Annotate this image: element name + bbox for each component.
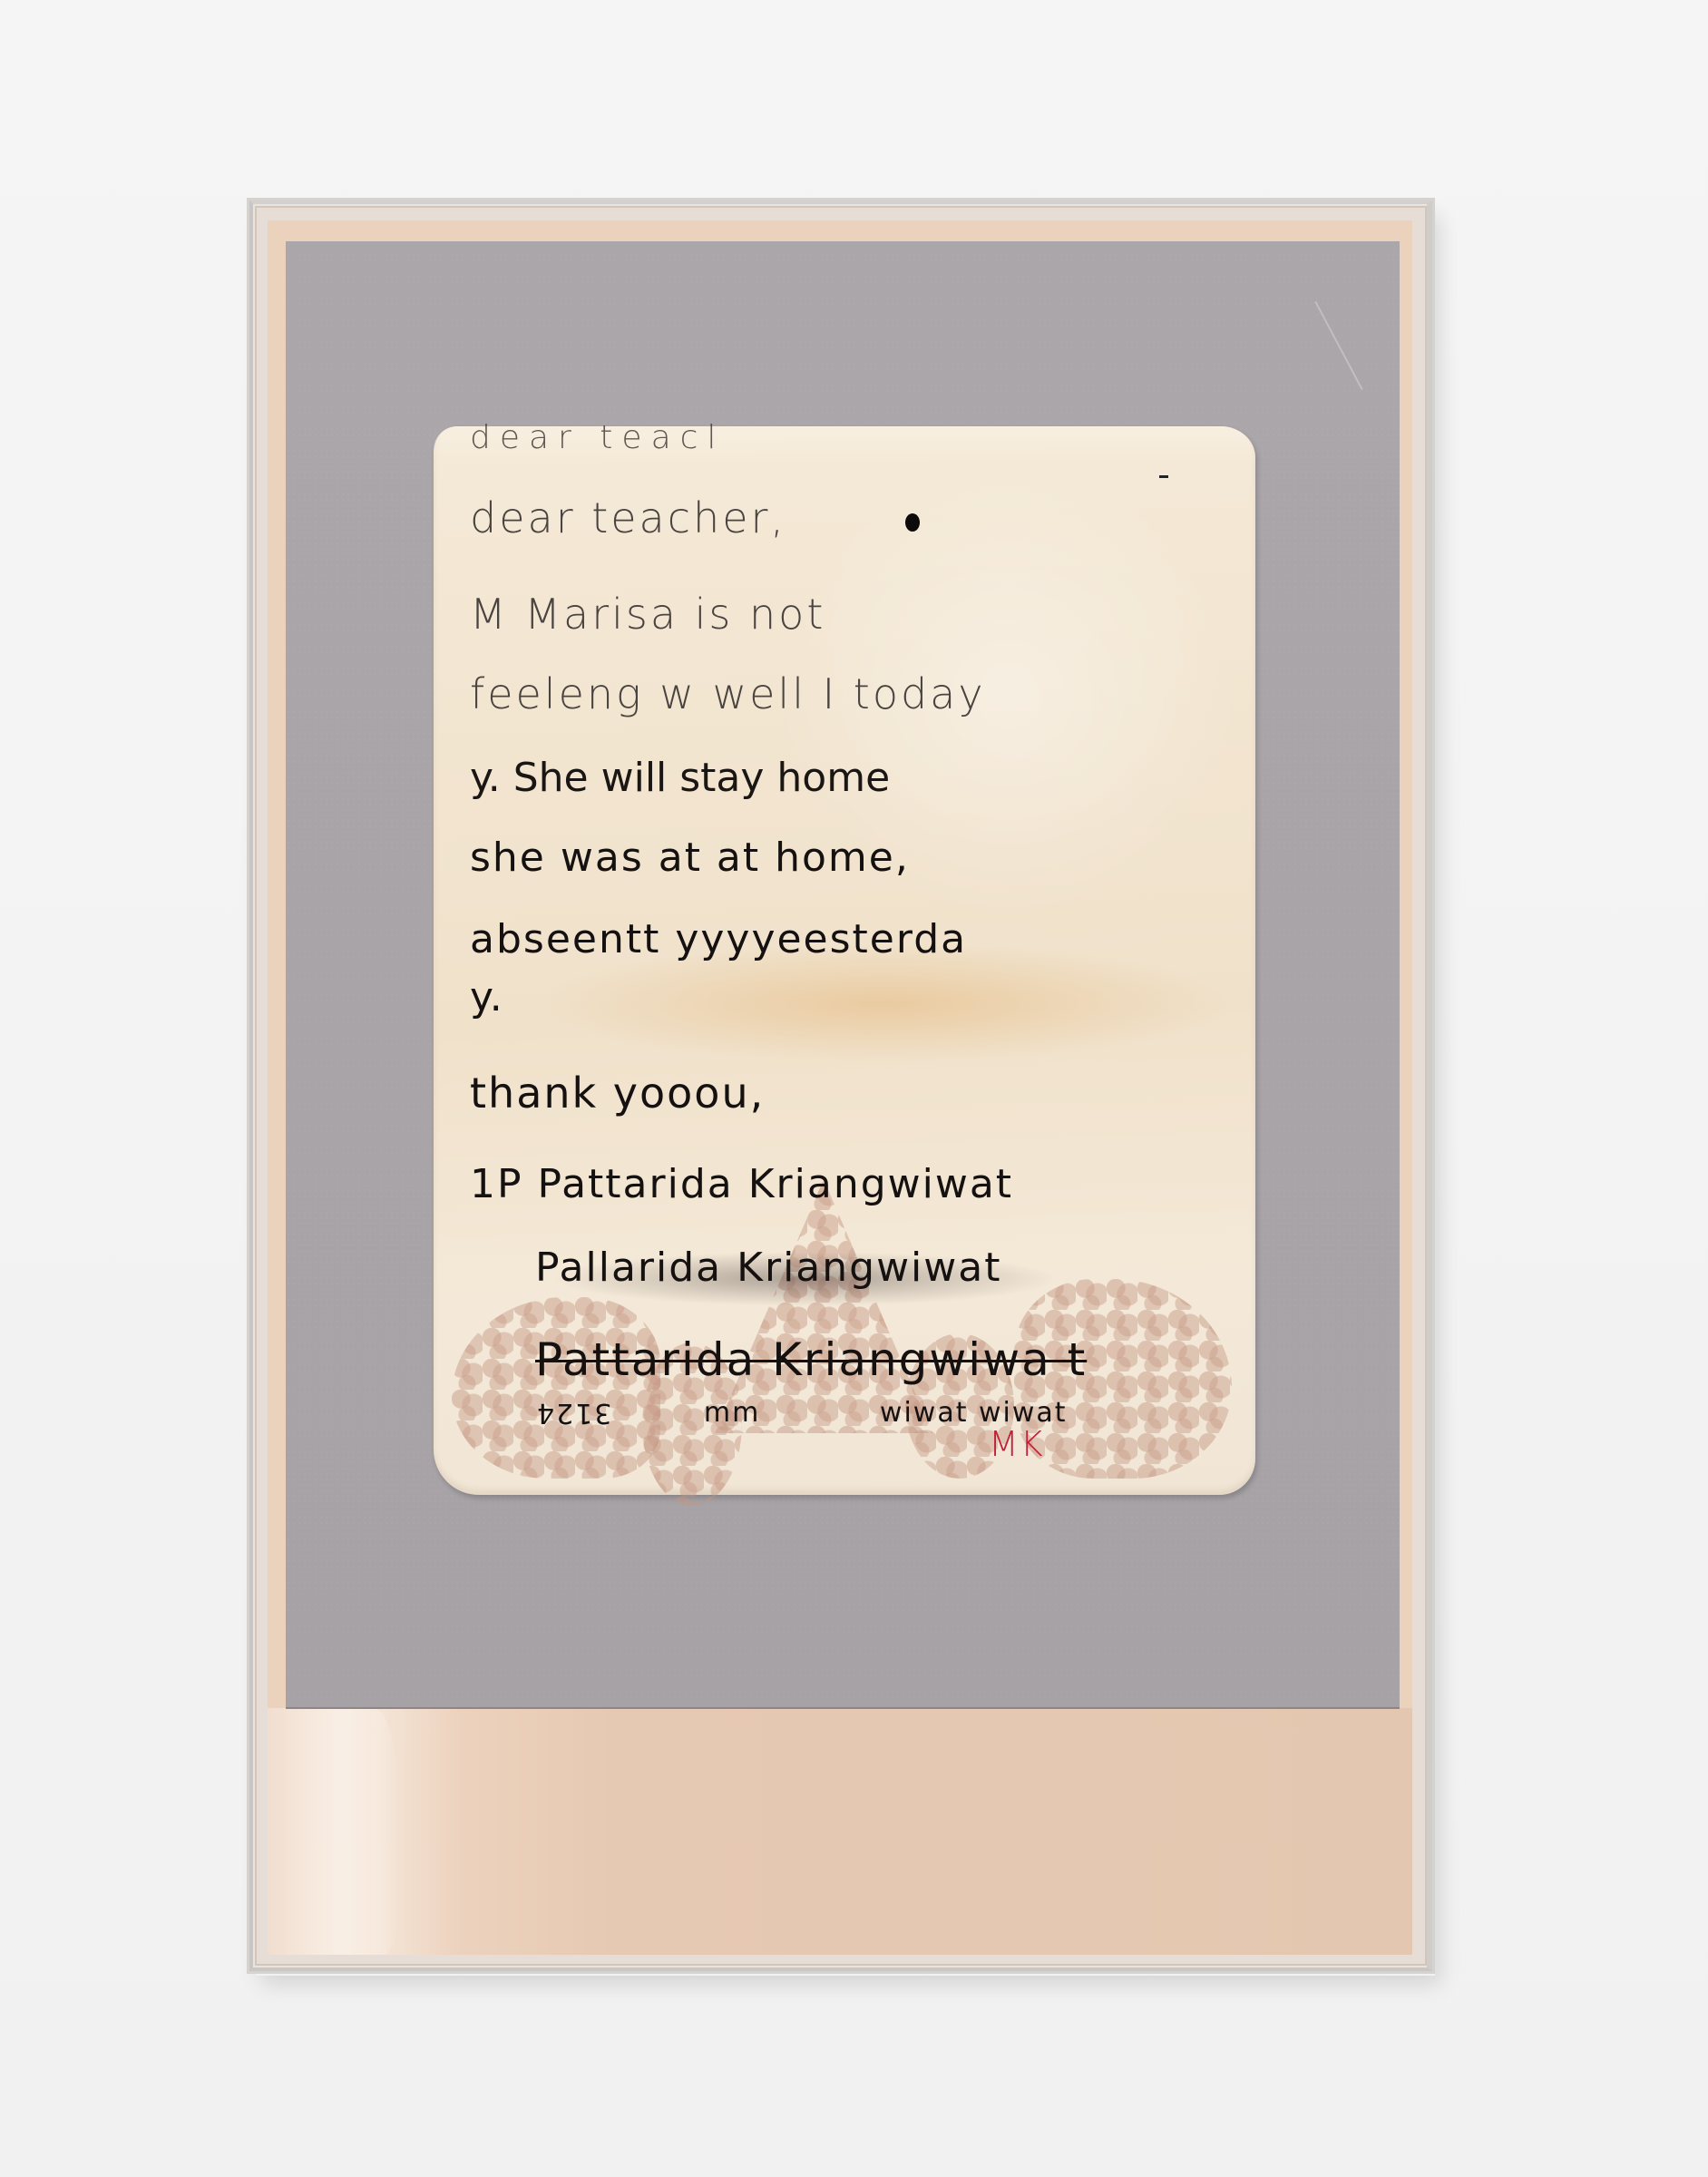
letter-line-4: y. She will stay home — [470, 755, 890, 801]
letter-signature-2: Pallarida Kriangwiwat — [535, 1245, 1001, 1291]
letter-line-closing: thank yooou, — [470, 1069, 765, 1118]
letter-line-7: y. — [470, 974, 504, 1020]
mat-scratch — [1314, 301, 1362, 390]
letter-signature-3-struck: Pattarida Kriangwiwa t — [535, 1333, 1087, 1386]
letter-line-6: abseentt yyyyeesterda — [470, 916, 967, 962]
satin-textile-letter: dear teacl dear teacher, M Marisa is not… — [434, 426, 1255, 1495]
letter-line-5: she was at at home, — [470, 835, 910, 881]
upside-down-number: 3124 — [535, 1397, 611, 1429]
letter-line-2: M Marisa is not — [470, 590, 825, 639]
embroidered-initials: MK — [989, 1424, 1045, 1464]
letter-signature-fragments: 3124 mm wiwat wiwat — [535, 1397, 1068, 1429]
letter-line-salutation: dear teacher, — [470, 493, 786, 542]
backing-board-lower-panel — [268, 1708, 1412, 1955]
letter-line-3: feeleng w well I today — [470, 669, 986, 718]
letter-signature-1: 1P Pattarida Kriangwiwat — [470, 1161, 1013, 1207]
lace-print-left — [452, 1297, 660, 1479]
ink-tick — [1159, 475, 1168, 478]
letter-line-cropped-header: dear teacl — [470, 419, 725, 456]
backing-peel-mark — [268, 1708, 404, 1955]
lace-print-center — [715, 1179, 932, 1433]
ink-blot — [905, 513, 920, 532]
fragment-mm: mm — [704, 1397, 760, 1429]
